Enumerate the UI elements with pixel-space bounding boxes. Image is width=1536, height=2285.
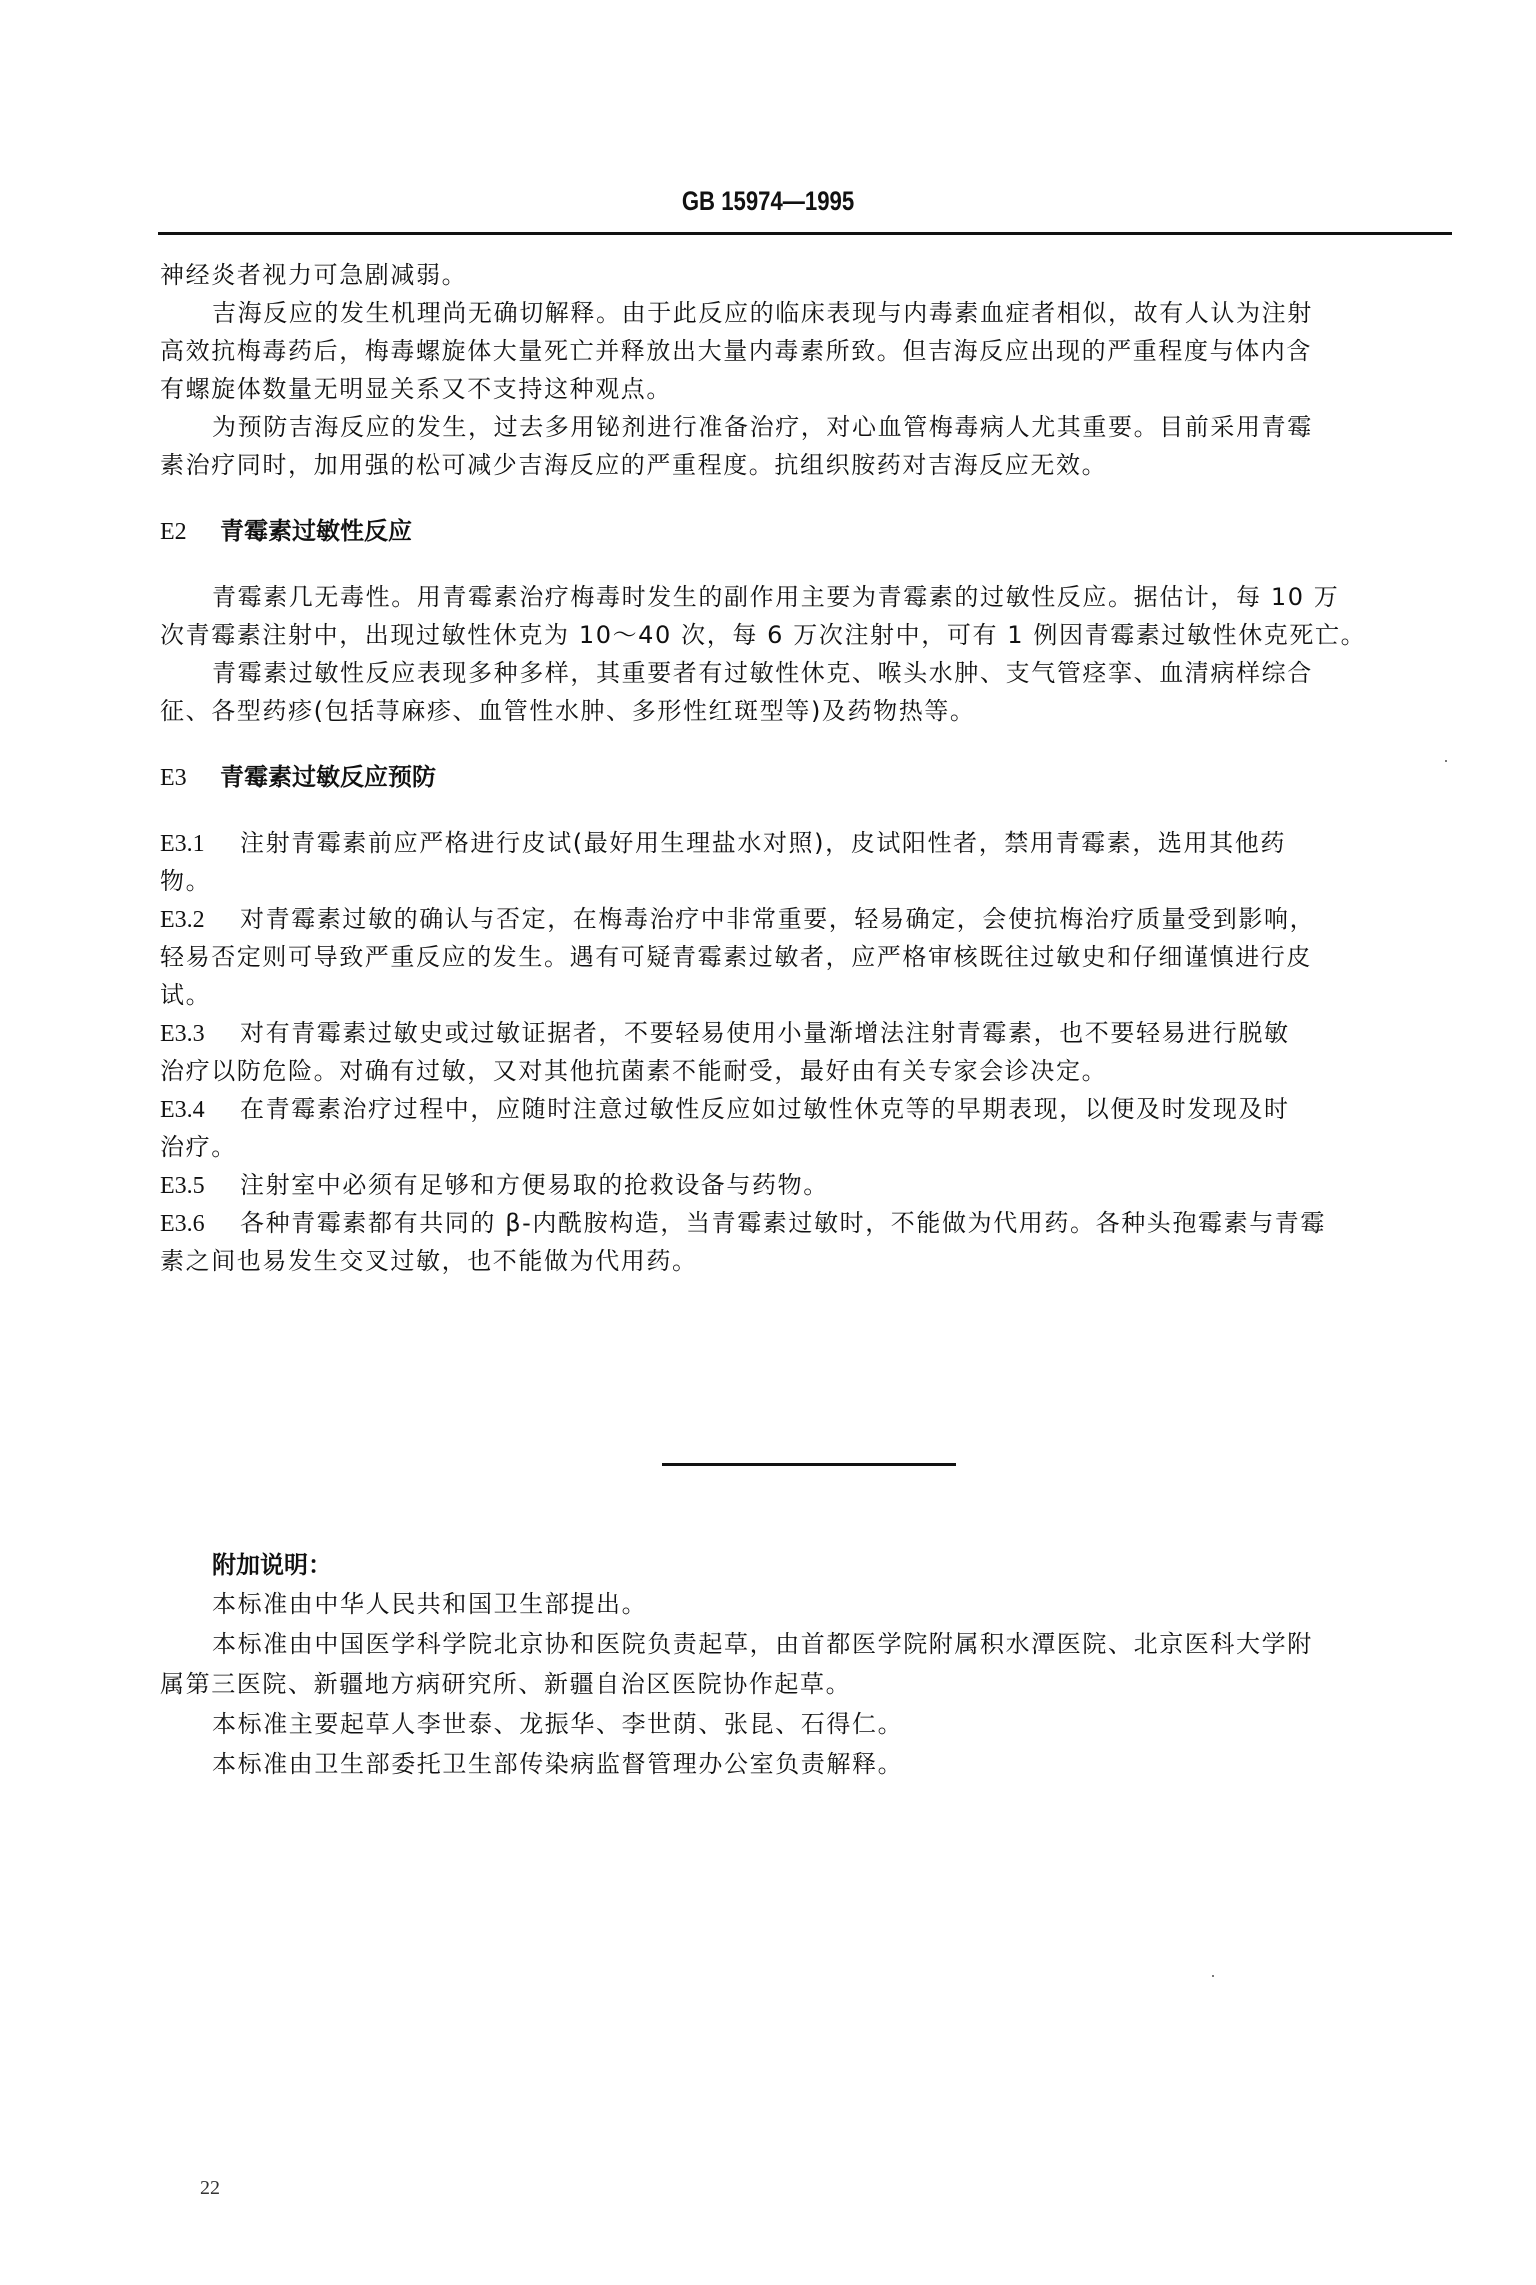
paragraph-prevention: 为预防吉海反应的发生，过去多用铋剂进行准备治疗，对心血管梅毒病人尤其重要。目前采… bbox=[160, 408, 1452, 484]
e2-paragraph-1: 青霉素几无毒性。用青霉素治疗梅毒时发生的副作用主要为青霉素的过敏性反应。据估计，… bbox=[160, 578, 1452, 654]
section-heading-e2: E2青霉素过敏性反应 bbox=[160, 512, 1452, 550]
clause-e3-4: E3.4在青霉素治疗过程中，应随时注意过敏性反应如过敏性休克等的早期表现，以便及… bbox=[160, 1090, 1452, 1166]
standard-number-header: GB 15974—1995 bbox=[138, 186, 1398, 217]
text-line: 对有青霉素过敏史或过敏证据者，不要轻易使用小量渐增法注射青霉素，也不要轻易进行脱… bbox=[240, 1019, 1290, 1047]
text-line: 素治疗同时，加用强的松可减少吉海反应的严重程度。抗组织胺药对吉海反应无效。 bbox=[160, 446, 1452, 484]
text-line: 本标准由中国医学科学院北京协和医院负责起草，由首都医学院附属积水潭医院、北京医科… bbox=[160, 1624, 1452, 1664]
text-line: 吉海反应的发生机理尚无确切解释。由于此反应的临床表现与内毒素血症者相似，故有人认… bbox=[160, 294, 1452, 332]
section-number: E2 bbox=[160, 513, 220, 551]
text-line: 注射室中必须有足够和方便易取的抢救设备与药物。 bbox=[240, 1171, 829, 1199]
document-page: GB 15974—1995 神经炎者视力可急剧减弱。 吉海反应的发生机理尚无确切… bbox=[0, 0, 1536, 2285]
clause-e3-1: E3.1注射青霉素前应严格进行皮试(最好用生理盐水对照)，皮试阳性者，禁用青霉素… bbox=[160, 824, 1452, 900]
text-line: 青霉素过敏性反应表现多种多样，其重要者有过敏性休克、喉头水肿、支气管痉挛、血清病… bbox=[160, 654, 1452, 692]
text-line: 治疗以防危险。对确有过敏，又对其他抗菌素不能耐受，最好由有关专家会诊决定。 bbox=[160, 1052, 1452, 1090]
text-line: 本标准由卫生部委托卫生部传染病监督管理办公室负责解释。 bbox=[160, 1744, 1452, 1784]
clause-e3-6: E3.6各种青霉素都有共同的 β-内酰胺构造，当青霉素过敏时，不能做为代用药。各… bbox=[160, 1204, 1452, 1280]
document-body: 神经炎者视力可急剧减弱。 吉海反应的发生机理尚无确切解释。由于此反应的临床表现与… bbox=[160, 256, 1452, 1280]
text-line: 在青霉素治疗过程中，应随时注意过敏性反应如过敏性休克等的早期表现，以便及时发现及… bbox=[240, 1095, 1290, 1123]
text-line: 本标准主要起草人李世泰、龙振华、李世荫、张昆、石得仁。 bbox=[160, 1704, 1452, 1744]
paragraph-mechanism: 吉海反应的发生机理尚无确切解释。由于此反应的临床表现与内毒素血症者相似，故有人认… bbox=[160, 294, 1452, 408]
text-line: 物。 bbox=[160, 862, 1452, 900]
header-rule bbox=[158, 232, 1452, 235]
continuation-line: 神经炎者视力可急剧减弱。 bbox=[160, 256, 1452, 294]
section-title: 青霉素过敏反应预防 bbox=[220, 763, 436, 791]
text-line: 高效抗梅毒药后，梅毒螺旋体大量死亡并释放出大量内毒素所致。但吉海反应出现的严重程… bbox=[160, 332, 1452, 370]
text-line: 治疗。 bbox=[160, 1128, 1452, 1166]
section-number: E3 bbox=[160, 759, 220, 797]
e2-paragraph-2: 青霉素过敏性反应表现多种多样，其重要者有过敏性休克、喉头水肿、支气管痉挛、血清病… bbox=[160, 654, 1452, 730]
text-line: 试。 bbox=[160, 976, 1452, 1014]
text-line: 属第三医院、新疆地方病研究所、新疆自治区医院协作起草。 bbox=[160, 1664, 1452, 1704]
end-of-text-rule bbox=[662, 1463, 956, 1466]
text-line: 征、各型药疹(包括荨麻疹、血管性水肿、多形性红斑型等)及药物热等。 bbox=[160, 692, 1452, 730]
text-line: 各种青霉素都有共同的 β-内酰胺构造，当青霉素过敏时，不能做为代用药。各种头孢霉… bbox=[240, 1209, 1326, 1237]
appendix-notes: 附加说明： 本标准由中华人民共和国卫生部提出。 本标准由中国医学科学院北京协和医… bbox=[160, 1546, 1452, 1784]
page-number: 22 bbox=[200, 2177, 220, 2200]
clause-number: E3.6 bbox=[160, 1205, 240, 1243]
text-line: 次青霉素注射中，出现过敏性休克为 10～40 次，每 6 万次注射中，可有 1 … bbox=[160, 616, 1452, 654]
scan-speck bbox=[1445, 760, 1447, 762]
text-line: 为预防吉海反应的发生，过去多用铋剂进行准备治疗，对心血管梅毒病人尤其重要。目前采… bbox=[160, 408, 1452, 446]
text-line: 素之间也易发生交叉过敏，也不能做为代用药。 bbox=[160, 1242, 1452, 1280]
section-heading-e3: E3青霉素过敏反应预防 bbox=[160, 758, 1452, 796]
section-title: 青霉素过敏性反应 bbox=[220, 517, 412, 545]
text-line: 轻易否定则可导致严重反应的发生。遇有可疑青霉素过敏者，应严格审核既往过敏史和仔细… bbox=[160, 938, 1452, 976]
clause-number: E3.2 bbox=[160, 901, 240, 939]
text-line: 注射青霉素前应严格进行皮试(最好用生理盐水对照)，皮试阳性者，禁用青霉素，选用其… bbox=[240, 829, 1286, 857]
text-line: 本标准由中华人民共和国卫生部提出。 bbox=[160, 1584, 1452, 1624]
clause-number: E3.3 bbox=[160, 1015, 240, 1053]
scan-speck bbox=[1090, 843, 1092, 845]
clause-e3-5: E3.5注射室中必须有足够和方便易取的抢救设备与药物。 bbox=[160, 1166, 1452, 1204]
scan-speck bbox=[1212, 1975, 1214, 1977]
text-line: 有螺旋体数量无明显关系又不支持这种观点。 bbox=[160, 370, 1452, 408]
clause-e3-3: E3.3对有青霉素过敏史或过敏证据者，不要轻易使用小量渐增法注射青霉素，也不要轻… bbox=[160, 1014, 1452, 1090]
clause-number: E3.5 bbox=[160, 1167, 240, 1205]
text-line: 对青霉素过敏的确认与否定，在梅毒治疗中非常重要，轻易确定，会使抗梅治疗质量受到影… bbox=[240, 905, 1315, 933]
text-line: 青霉素几无毒性。用青霉素治疗梅毒时发生的副作用主要为青霉素的过敏性反应。据估计，… bbox=[160, 578, 1452, 616]
appendix-title: 附加说明： bbox=[160, 1546, 1452, 1584]
clause-number: E3.4 bbox=[160, 1091, 240, 1129]
clause-e3-2: E3.2对青霉素过敏的确认与否定，在梅毒治疗中非常重要，轻易确定，会使抗梅治疗质… bbox=[160, 900, 1452, 1014]
clause-number: E3.1 bbox=[160, 825, 240, 863]
